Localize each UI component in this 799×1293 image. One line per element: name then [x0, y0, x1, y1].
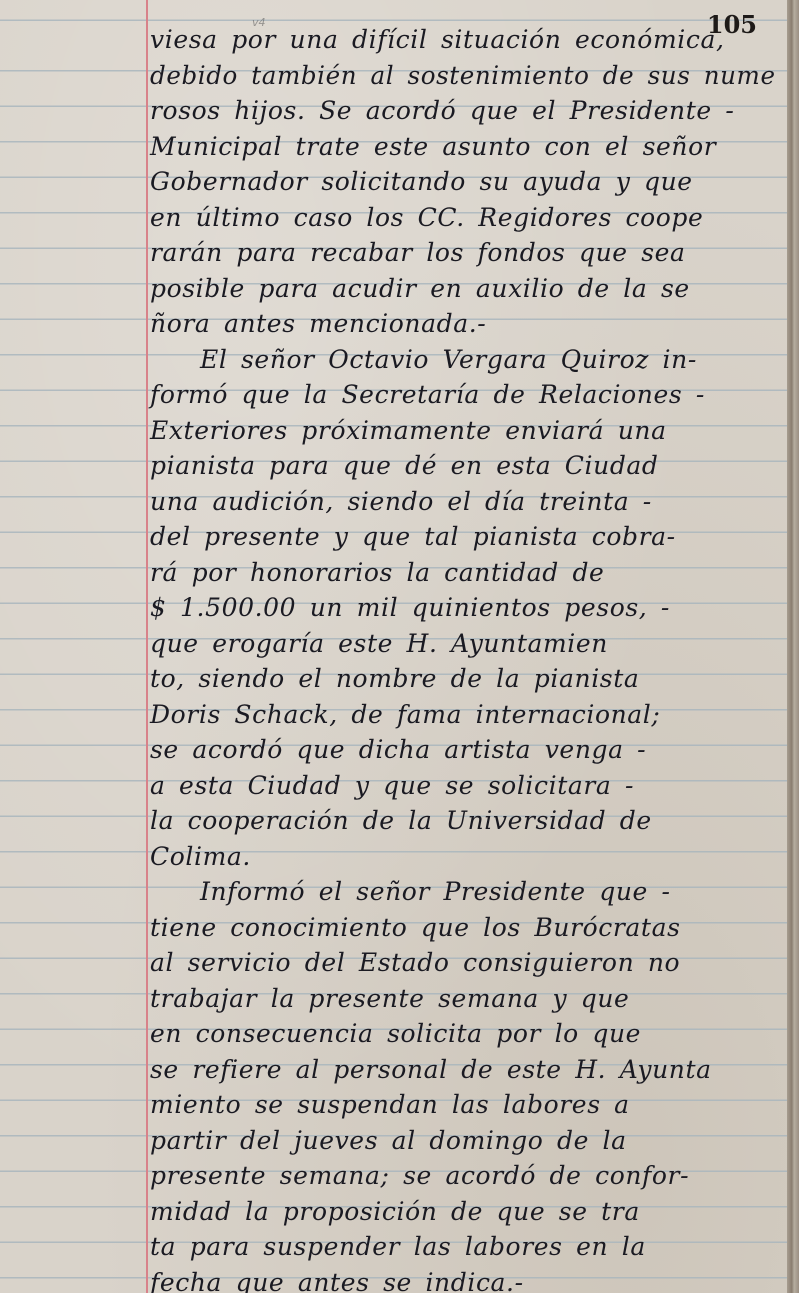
handwritten-line: ñora antes mencionada.-: [150, 306, 775, 342]
handwritten-line: ta para suspender las labores en la: [150, 1229, 775, 1265]
ledger-page: v4 105 viesa por una difícil situación e…: [0, 0, 787, 1293]
handwritten-line: midad la proposición de que se tra: [150, 1194, 775, 1230]
handwritten-line: rosos hijos. Se acordó que el Presidente…: [150, 93, 775, 129]
handwritten-line: Gobernador solicitando su ayuda y que: [150, 164, 775, 200]
handwritten-minutes-text: viesa por una difícil situación económic…: [150, 22, 775, 1293]
handwritten-line: debido también al sostenimiento de sus n…: [150, 58, 764, 94]
handwritten-line: to, siendo el nombre de la pianista: [150, 661, 775, 697]
handwritten-line: rá por honorarios la cantidad de: [150, 555, 775, 591]
handwritten-line: Informó el señor Presidente que -: [150, 874, 775, 910]
handwritten-line: formó que la Secretaría de Relaciones -: [150, 377, 775, 413]
book-page-edge: [787, 0, 799, 1293]
handwritten-line: en consecuencia solicita por lo que: [150, 1016, 775, 1052]
handwritten-line: partir del jueves al domingo de la: [150, 1123, 775, 1159]
handwritten-line: fecha que antes se indica.-: [150, 1265, 775, 1293]
handwritten-line: pianista para que dé en esta Ciudad: [150, 448, 775, 484]
handwritten-line: rarán para recabar los fondos que sea: [150, 235, 775, 271]
handwritten-line: Exteriores próximamente enviará una: [150, 413, 775, 449]
handwritten-line: que erogaría este H. Ayuntamien: [150, 626, 775, 662]
handwritten-line: Doris Schack, de fama internacional;: [150, 697, 775, 733]
handwritten-line: Colima.: [150, 839, 775, 875]
handwritten-line: $ 1.500.00 un mil quinientos pesos, -: [150, 590, 775, 626]
red-margin-line: [146, 0, 148, 1293]
handwritten-line: posible para acudir en auxilio de la se: [150, 271, 775, 307]
handwritten-line: viesa por una difícil situación económic…: [150, 22, 775, 58]
handwritten-line: El señor Octavio Vergara Quiroz in-: [150, 342, 775, 378]
handwritten-line: trabajar la presente semana y que: [150, 981, 775, 1017]
handwritten-line: a esta Ciudad y que se solicitara -: [150, 768, 775, 804]
handwritten-line: presente semana; se acordó de confor-: [150, 1158, 775, 1194]
handwritten-line: Municipal trate este asunto con el señor: [150, 129, 775, 165]
handwritten-line: la cooperación de la Universidad de: [150, 803, 775, 839]
handwritten-line: del presente y que tal pianista cobra-: [150, 519, 775, 555]
handwritten-line: se refiere al personal de este H. Ayunta: [150, 1052, 775, 1088]
handwritten-line: en último caso los CC. Regidores coope: [150, 200, 775, 236]
handwritten-line: se acordó que dicha artista venga -: [150, 732, 775, 768]
handwritten-line: miento se suspendan las labores a: [150, 1087, 775, 1123]
handwritten-line: tiene conocimiento que los Burócratas: [150, 910, 775, 946]
handwritten-line: al servicio del Estado consiguieron no: [150, 945, 775, 981]
handwritten-line: una audición, siendo el día treinta -: [150, 484, 775, 520]
